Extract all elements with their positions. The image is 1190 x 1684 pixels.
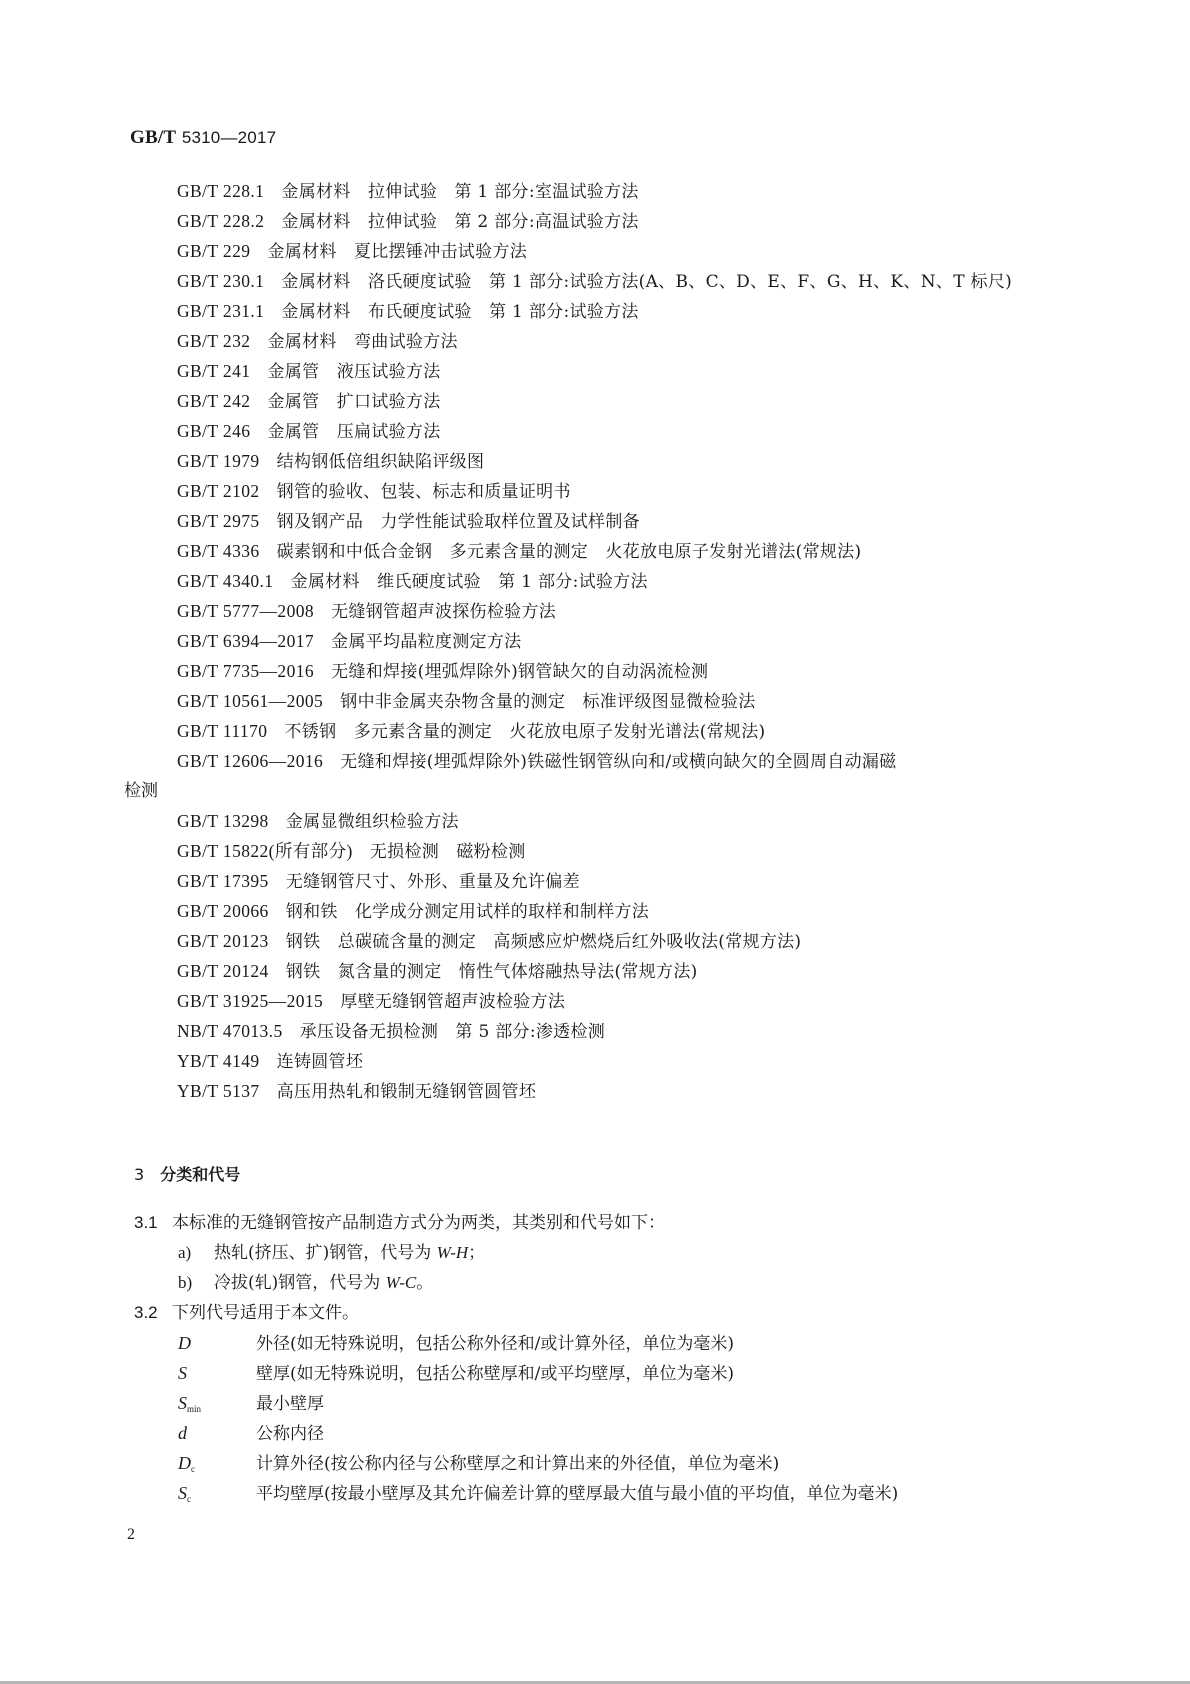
- reference-title: 金属材料 拉伸试验 第 1 部分:室温试验方法: [281, 182, 638, 202]
- reference-title: 金属材料 布氏硬度试验 第 1 部分:试验方法: [281, 302, 638, 322]
- symbol-definition: Smin最小壁厚: [178, 1392, 324, 1420]
- reference-item: GB/T 1979 结构钢低倍组织缺陷评级图: [177, 450, 484, 473]
- symbol-letter: d: [178, 1423, 187, 1443]
- clause-3-2: 3.2下列代号适用于本文件。: [134, 1302, 359, 1324]
- reference-code: GB/T 20124: [177, 960, 269, 982]
- reference-title: 厚壁无缝钢管超声波检验方法: [340, 992, 565, 1012]
- product-code: W-H: [437, 1243, 468, 1262]
- reference-item: GB/T 15822(所有部分) 无损检测 磁粉检测: [177, 840, 526, 863]
- reference-title: 金属管 液压试验方法: [268, 362, 441, 382]
- reference-item: GB/T 231.1 金属材料 布氏硬度试验 第 1 部分:试验方法: [177, 300, 639, 323]
- page-number: 2: [127, 1526, 135, 1544]
- symbol-meaning: 外径(如无特殊说明，包括公称外径和/或计算外径，单位为毫米): [256, 1334, 734, 1354]
- reference-title: 金属平均晶粒度测定方法: [331, 632, 521, 652]
- reference-item: GB/T 4336 碳素钢和中低合金钢 多元素含量的测定 火花放电原子发射光谱法…: [177, 540, 861, 563]
- reference-title: 钢管的验收、包装、标志和质量证明书: [277, 482, 571, 502]
- reference-code: GB/T 246: [177, 420, 250, 442]
- reference-code: YB/T 5137: [177, 1080, 260, 1102]
- clause-number: 3.1: [134, 1212, 172, 1234]
- reference-title: 结构钢低倍组织缺陷评级图: [277, 452, 485, 472]
- reference-code: NB/T 47013.5: [177, 1020, 283, 1042]
- reference-title: 钢和铁 化学成分测定用试样的取样和制样方法: [286, 902, 649, 922]
- reference-code: GB/T 241: [177, 360, 250, 382]
- reference-item: GB/T 11170 不锈钢 多元素含量的测定 火花放电原子发射光谱法(常规法): [177, 720, 765, 743]
- list-item-end: 。: [416, 1273, 433, 1293]
- symbol-letter: D: [178, 1453, 191, 1473]
- reference-title: 金属材料 维氏硬度试验 第 1 部分:试验方法: [291, 572, 648, 592]
- reference-item: GB/T 2102 钢管的验收、包装、标志和质量证明书: [177, 480, 571, 503]
- reference-title: 金属显微组织检验方法: [286, 812, 459, 832]
- reference-item: GB/T 228.1 金属材料 拉伸试验 第 1 部分:室温试验方法: [177, 180, 639, 203]
- list-item-b: b)冷拔(轧)钢管，代号为 W-C。: [178, 1272, 433, 1294]
- reference-code: GB/T 5777—2008: [177, 600, 314, 622]
- reference-code: GB/T 20066: [177, 900, 269, 922]
- reference-title: 金属材料 洛氏硬度试验 第 1 部分:试验方法(A、B、C、D、E、F、G、H、…: [281, 272, 1012, 292]
- reference-title: 金属管 压扁试验方法: [268, 422, 441, 442]
- reference-title: 金属材料 弯曲试验方法: [268, 332, 458, 352]
- list-marker: b): [178, 1272, 214, 1294]
- reference-title: 钢铁 总碳硫含量的测定 高频感应炉燃烧后红外吸收法(常规方法): [286, 932, 802, 952]
- symbol-subscript: min: [187, 1404, 201, 1414]
- reference-title: 无缝钢管尺寸、外形、重量及允许偏差: [286, 872, 580, 892]
- reference-item: GB/T 7735—2016 无缝和焊接(埋弧焊除外)钢管缺欠的自动涡流检测: [177, 660, 708, 683]
- reference-code: GB/T 13298: [177, 810, 269, 832]
- reference-title: 承压设备无损检测 第 5 部分:渗透检测: [300, 1022, 605, 1042]
- reference-item: GB/T 20124 钢铁 氮含量的测定 惰性气体熔融热导法(常规方法): [177, 960, 698, 983]
- reference-title: 连铸圆管坯: [277, 1052, 364, 1072]
- reference-code: GB/T 6394—2017: [177, 630, 314, 652]
- reference-title: 无缝钢管超声波探伤检验方法: [331, 602, 556, 622]
- reference-item: YB/T 5137 高压用热轧和锻制无缝钢管圆管坯: [177, 1080, 536, 1103]
- symbol-meaning: 公称内径: [256, 1424, 324, 1444]
- reference-code: GB/T 1979: [177, 450, 260, 472]
- reference-title: 无缝和焊接(埋弧焊除外)钢管缺欠的自动涡流检测: [331, 662, 708, 682]
- symbol-meaning: 壁厚(如无特殊说明，包括公称壁厚和/或平均壁厚，单位为毫米): [256, 1364, 734, 1384]
- reference-item: GB/T 241 金属管 液压试验方法: [177, 360, 441, 383]
- list-item-end: ；: [468, 1243, 485, 1263]
- symbol: d: [178, 1422, 256, 1450]
- reference-item: GB/T 17395 无缝钢管尺寸、外形、重量及允许偏差: [177, 870, 580, 893]
- reference-item-continuation: 检测: [124, 780, 158, 802]
- reference-item: GB/T 2975 钢及钢产品 力学性能试验取样位置及试样制备: [177, 510, 640, 533]
- reference-item: GB/T 4340.1 金属材料 维氏硬度试验 第 1 部分:试验方法: [177, 570, 648, 593]
- section-number: 3: [134, 1165, 144, 1184]
- reference-code: GB/T 10561—2005: [177, 690, 323, 712]
- reference-item: GB/T 229 金属材料 夏比摆锤冲击试验方法: [177, 240, 527, 263]
- reference-code: GB/T 2975: [177, 510, 260, 532]
- reference-title: 金属材料 夏比摆锤冲击试验方法: [268, 242, 528, 262]
- clause-text: 下列代号适用于本文件。: [172, 1303, 359, 1323]
- symbol-letter: S: [178, 1393, 187, 1413]
- reference-code: GB/T 228.2: [177, 210, 264, 232]
- symbol: D: [178, 1332, 256, 1360]
- symbol-definition: Dc计算外径(按公称内径与公称壁厚之和计算出来的外径值，单位为毫米): [178, 1452, 779, 1480]
- reference-code: GB/T 229: [177, 240, 250, 262]
- reference-item: GB/T 13298 金属显微组织检验方法: [177, 810, 459, 833]
- reference-item: GB/T 20123 钢铁 总碳硫含量的测定 高频感应炉燃烧后红外吸收法(常规方…: [177, 930, 801, 953]
- clause-text: 本标准的无缝钢管按产品制造方式分为两类，其类别和代号如下：: [172, 1213, 665, 1233]
- standard-number: 5310—2017: [182, 128, 276, 147]
- symbol: Dc: [178, 1452, 256, 1480]
- symbol: Sc: [178, 1482, 256, 1510]
- symbol-letter: S: [178, 1363, 187, 1383]
- reference-item: NB/T 47013.5 承压设备无损检测 第 5 部分:渗透检测: [177, 1020, 605, 1043]
- symbol-subscript: c: [187, 1494, 191, 1504]
- reference-code: GB/T 231.1: [177, 300, 264, 322]
- reference-code: GB/T 7735—2016: [177, 660, 314, 682]
- list-item-text: 冷拔(轧)钢管，代号为: [214, 1273, 386, 1293]
- symbol-definition: d公称内径: [178, 1422, 324, 1450]
- reference-code: GB/T 242: [177, 390, 250, 412]
- reference-code: GB/T 230.1: [177, 270, 264, 292]
- reference-item: GB/T 12606—2016 无缝和焊接(埋弧焊除外)铁磁性钢管纵向和/或横向…: [177, 750, 897, 773]
- reference-code: GB/T 2102: [177, 480, 260, 502]
- reference-title: 金属管 扩口试验方法: [268, 392, 441, 412]
- symbol-definition: D外径(如无特殊说明，包括公称外径和/或计算外径，单位为毫米): [178, 1332, 734, 1360]
- document-header: GB/T 5310—2017: [130, 127, 276, 149]
- reference-title: 金属材料 拉伸试验 第 2 部分:高温试验方法: [281, 212, 638, 232]
- reference-title: 无缝和焊接(埋弧焊除外)铁磁性钢管纵向和/或横向缺欠的全圆周自动漏磁: [340, 752, 896, 772]
- reference-code: GB/T 12606—2016: [177, 750, 323, 772]
- standard-prefix: GB/T: [130, 127, 176, 148]
- reference-item: GB/T 230.1 金属材料 洛氏硬度试验 第 1 部分:试验方法(A、B、C…: [177, 270, 1012, 293]
- reference-item: GB/T 20066 钢和铁 化学成分测定用试样的取样和制样方法: [177, 900, 649, 923]
- reference-item: GB/T 31925—2015 厚壁无缝钢管超声波检验方法: [177, 990, 565, 1013]
- symbol: Smin: [178, 1392, 256, 1420]
- reference-title: 钢中非金属夹杂物含量的测定 标准评级图显微检验法: [340, 692, 755, 712]
- reference-code: GB/T 15822(所有部分): [177, 840, 353, 862]
- reference-code: GB/T 228.1: [177, 180, 264, 202]
- reference-item: GB/T 10561—2005 钢中非金属夹杂物含量的测定 标准评级图显微检验法: [177, 690, 756, 713]
- symbol-definition: Sc平均壁厚(按最小壁厚及其允许偏差计算的壁厚最大值与最小值的平均值，单位为毫米…: [178, 1482, 898, 1510]
- symbol-definition: S壁厚(如无特殊说明，包括公称壁厚和/或平均壁厚，单位为毫米): [178, 1362, 734, 1390]
- reference-code: GB/T 11170: [177, 720, 267, 742]
- reference-code: GB/T 17395: [177, 870, 269, 892]
- reference-item: GB/T 5777—2008 无缝钢管超声波探伤检验方法: [177, 600, 556, 623]
- symbol-letter: S: [178, 1483, 187, 1503]
- reference-code: GB/T 31925—2015: [177, 990, 323, 1012]
- reference-item: YB/T 4149 连铸圆管坯: [177, 1050, 363, 1073]
- symbol: S: [178, 1362, 256, 1390]
- reference-title: 无损检测 磁粉检测: [370, 842, 526, 862]
- product-code: W-C: [386, 1273, 417, 1292]
- reference-item: GB/T 246 金属管 压扁试验方法: [177, 420, 441, 443]
- section-heading: 3分类和代号: [134, 1162, 240, 1185]
- reference-title: 不锈钢 多元素含量的测定 火花放电原子发射光谱法(常规法): [285, 722, 766, 742]
- reference-code: GB/T 4340.1: [177, 570, 273, 592]
- clause-3-1: 3.1本标准的无缝钢管按产品制造方式分为两类，其类别和代号如下：: [134, 1212, 665, 1234]
- symbol-meaning: 最小壁厚: [256, 1394, 324, 1414]
- reference-item: GB/T 228.2 金属材料 拉伸试验 第 2 部分:高温试验方法: [177, 210, 639, 233]
- symbol-meaning: 平均壁厚(按最小壁厚及其允许偏差计算的壁厚最大值与最小值的平均值，单位为毫米): [256, 1484, 898, 1504]
- list-item-text: 热轧(挤压、扩)钢管，代号为: [214, 1243, 437, 1263]
- reference-title: 钢铁 氮含量的测定 惰性气体熔融热导法(常规方法): [286, 962, 698, 982]
- symbol-subscript: c: [191, 1464, 195, 1474]
- symbol-meaning: 计算外径(按公称内径与公称壁厚之和计算出来的外径值，单位为毫米): [256, 1454, 779, 1474]
- list-marker: a): [178, 1242, 214, 1264]
- symbol-letter: D: [178, 1333, 191, 1353]
- reference-item: GB/T 242 金属管 扩口试验方法: [177, 390, 441, 413]
- reference-title: 高压用热轧和锻制无缝钢管圆管坯: [277, 1082, 537, 1102]
- section-title: 分类和代号: [160, 1165, 240, 1184]
- reference-title: 钢及钢产品 力学性能试验取样位置及试样制备: [277, 512, 640, 532]
- list-item-a: a)热轧(挤压、扩)钢管，代号为 W-H；: [178, 1242, 485, 1264]
- reference-code: GB/T 20123: [177, 930, 269, 952]
- reference-code: YB/T 4149: [177, 1050, 260, 1072]
- reference-code: GB/T 4336: [177, 540, 260, 562]
- clause-number: 3.2: [134, 1302, 172, 1324]
- reference-title: 碳素钢和中低合金钢 多元素含量的测定 火花放电原子发射光谱法(常规法): [277, 542, 862, 562]
- reference-item: GB/T 6394—2017 金属平均晶粒度测定方法: [177, 630, 521, 653]
- reference-code: GB/T 232: [177, 330, 250, 352]
- reference-item: GB/T 232 金属材料 弯曲试验方法: [177, 330, 458, 353]
